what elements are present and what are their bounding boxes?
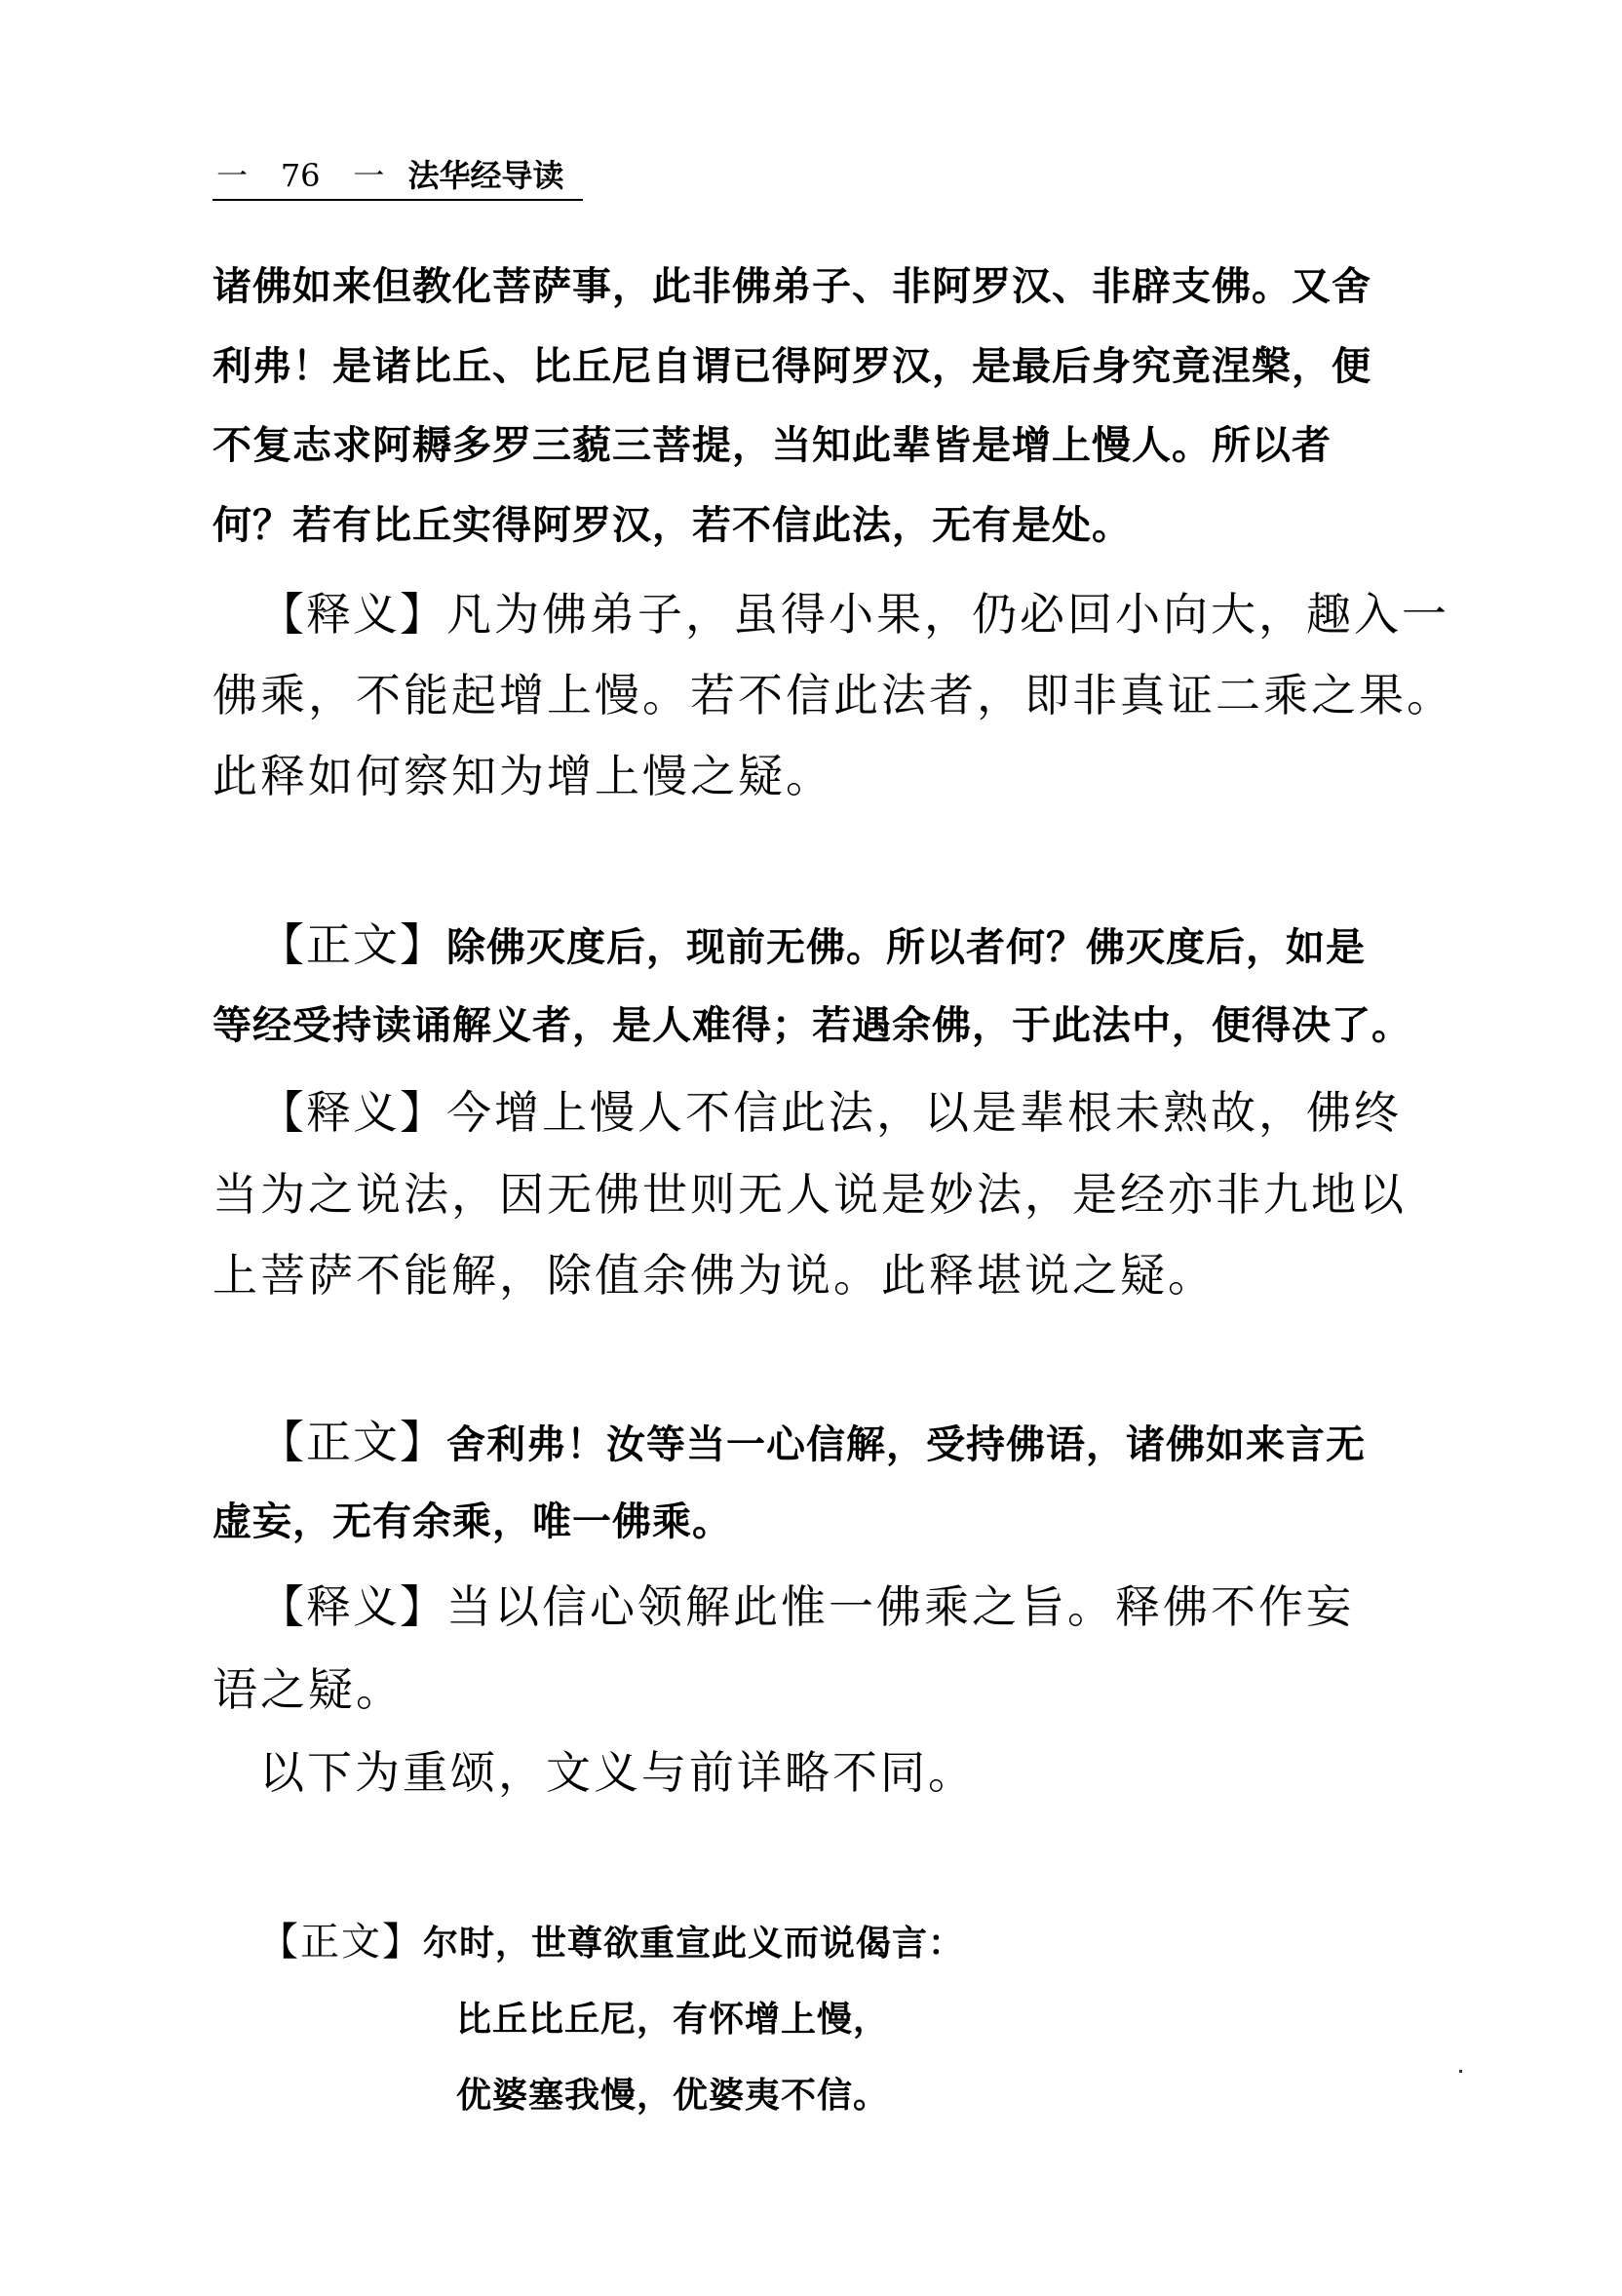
- commentary-paragraph-start: 【释义】当以信心领解此惟一佛乘之旨。释佛不作妄: [259, 1579, 1354, 1634]
- header-rule: [212, 199, 583, 201]
- commentary-text: 今增上慢人不信此法，以是辈根未熟故，佛终: [446, 1086, 1402, 1139]
- book-title: 法华经导读: [408, 157, 564, 194]
- zhengwen-label: 【正文】: [259, 918, 446, 971]
- sutra-line: 利弗！是诸比丘、比丘尼自谓已得阿罗汉，是最后身究竟涅槃，便: [212, 343, 1371, 390]
- commentary-line: 佛乘，不能起增上慢。若不信此法者，即非真证二乘之果。: [212, 668, 1454, 722]
- verse-line: 优婆塞我慢，优婆夷不信。: [456, 2073, 889, 2120]
- zhengwen-label: 【正文】: [259, 1416, 446, 1468]
- commentary-text: 凡为佛弟子，虽得小果，仍必回小向大，趣入一: [446, 588, 1449, 641]
- sutra-paragraph-start: 【正文】尔时，世尊欲重宣此义而说偈言：: [259, 1919, 964, 1967]
- commentary-text: 当以信心领解此惟一佛乘之旨。释佛不作妄: [446, 1580, 1354, 1633]
- sutra-line: 不复志求阿耨多罗三藐三菩提，当知此辈皆是增上慢人。所以者: [212, 422, 1332, 469]
- header-dash-left: 一: [212, 156, 251, 195]
- running-head: 一 76 一 法华经导读: [212, 156, 583, 199]
- header-dash-right: 一: [349, 156, 388, 195]
- verse-line: 比丘比丘尼，有怀增上慢，: [456, 1997, 889, 2043]
- sutra-line: 虚妄，无有余乘，唯一佛乘。: [212, 1498, 732, 1545]
- sutra-text: 除佛灭度后，现前无佛。所以者何？佛灭度后，如是: [446, 925, 1366, 970]
- sutra-paragraph-start: 【正文】舍利弗！汝等当一心信解，受持佛语，诸佛如来言无: [259, 1419, 1366, 1468]
- commentary-paragraph-start: 【释义】今增上慢人不信此法，以是辈根未熟故，佛终: [259, 1085, 1402, 1140]
- page-number: 76: [261, 156, 339, 195]
- sutra-line: 等经受持读诵解义者，是人难得；若遇余佛，于此法中，便得决了。: [212, 1002, 1411, 1049]
- shiyi-label: 【释义】: [259, 1086, 446, 1139]
- sutra-text: 尔时，世尊欲重宣此义而说偈言：: [423, 1924, 964, 1964]
- sutra-paragraph-start: 【正文】除佛灭度后，现前无佛。所以者何？佛灭度后，如是: [259, 921, 1366, 971]
- commentary-line: 当为之说法，因无佛世则无人说是妙法，是经亦非九地以: [212, 1167, 1407, 1222]
- commentary-line: 上菩萨不能解，除值余佛为说。此释堪说之疑。: [212, 1248, 1216, 1303]
- commentary-paragraph-start: 【释义】凡为佛弟子，虽得小果，仍必回小向大，趣入一: [259, 587, 1449, 642]
- sutra-line: 何？若有比丘实得阿罗汉，若不信此法，无有是处。: [212, 502, 1132, 549]
- sutra-text: 舍利弗！汝等当一心信解，受持佛语，诸佛如来言无: [446, 1422, 1366, 1467]
- shiyi-label: 【释义】: [259, 588, 446, 641]
- zhengwen-label: 【正文】: [259, 1920, 423, 1965]
- commentary-line: 此释如何察知为增上慢之疑。: [212, 749, 833, 803]
- sutra-line: 诸佛如来但教化菩萨事，此非佛弟子、非阿罗汉、非辟支佛。又舍: [212, 263, 1371, 310]
- scan-artifact: [1459, 2070, 1462, 2073]
- verse-intro-note: 以下为重颂，文义与前详略不同。: [259, 1745, 976, 1800]
- book-page: 一 76 一 法华经导读 诸佛如来但教化菩萨事，此非佛弟子、非阿罗汉、非辟支佛。…: [0, 0, 1622, 2296]
- commentary-line: 语之疑。: [212, 1662, 404, 1717]
- shiyi-label: 【释义】: [259, 1580, 446, 1633]
